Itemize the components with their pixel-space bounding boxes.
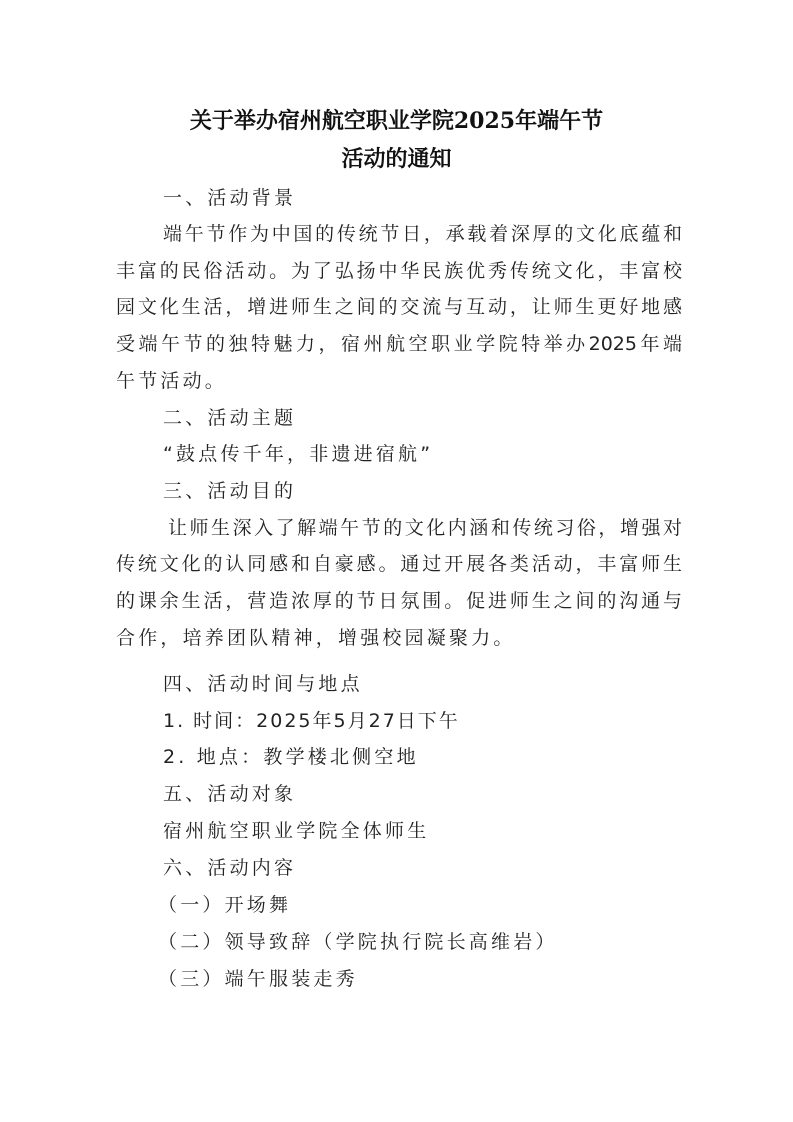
content-item: （一）开场舞 — [158, 890, 291, 917]
participants-text: 宿州航空职业学院全体师生 — [163, 816, 429, 843]
section-heading-participants: 五、活动对象 — [163, 779, 296, 806]
content-item: （二）领导致辞（学院执行院长高维岩） — [158, 927, 558, 954]
paragraph-line: 受端午节的独特魅力，宿州航空职业学院特举办2025年端 — [116, 329, 682, 356]
theme-slogan: “鼓点传千年，非遗进宿航” — [163, 439, 433, 466]
section-heading-theme: 二、活动主题 — [163, 403, 296, 430]
document-title-line-2: 活动的通知 — [0, 142, 793, 173]
paragraph-line: 端午节作为中国的传统节日，承载着深厚的文化底蕴和 — [163, 219, 682, 246]
paragraph-line: 午节活动。 — [116, 366, 227, 393]
document-page: 关于举办宿州航空职业学院2025年端午节 活动的通知 一、活动背景 端午节作为中… — [0, 0, 793, 1122]
event-time: 1. 时间：2025年5月27日下午 — [163, 706, 460, 733]
section-heading-background: 一、活动背景 — [163, 183, 296, 210]
paragraph-line: 丰富的民俗活动。为了弘扬中华民族优秀传统文化，丰富校 — [116, 256, 682, 283]
event-place: 2. 地点：教学楼北侧空地 — [163, 742, 419, 769]
document-title-line-1: 关于举办宿州航空职业学院2025年端午节 — [0, 104, 793, 135]
section-heading-time-place: 四、活动时间与地点 — [163, 669, 363, 696]
section-heading-purpose: 三、活动目的 — [163, 476, 296, 503]
content-item: （三）端午服装走秀 — [158, 964, 358, 991]
paragraph-line: 园文化生活，增进师生之间的交流与互动，让师生更好地感 — [116, 292, 682, 319]
paragraph-line: 的课余生活，营造浓厚的节日氛围。促进师生之间的沟通与 — [116, 586, 682, 613]
section-heading-content: 六、活动内容 — [163, 853, 296, 880]
paragraph-line: 传统文化的认同感和自豪感。通过开展各类活动，丰富师生 — [116, 549, 682, 576]
paragraph-line: 让师生深入了解端午节的文化内涵和传统习俗，增强对 — [168, 513, 682, 540]
paragraph-line: 合作，培养团队精神，增强校园凝聚力。 — [116, 623, 516, 650]
